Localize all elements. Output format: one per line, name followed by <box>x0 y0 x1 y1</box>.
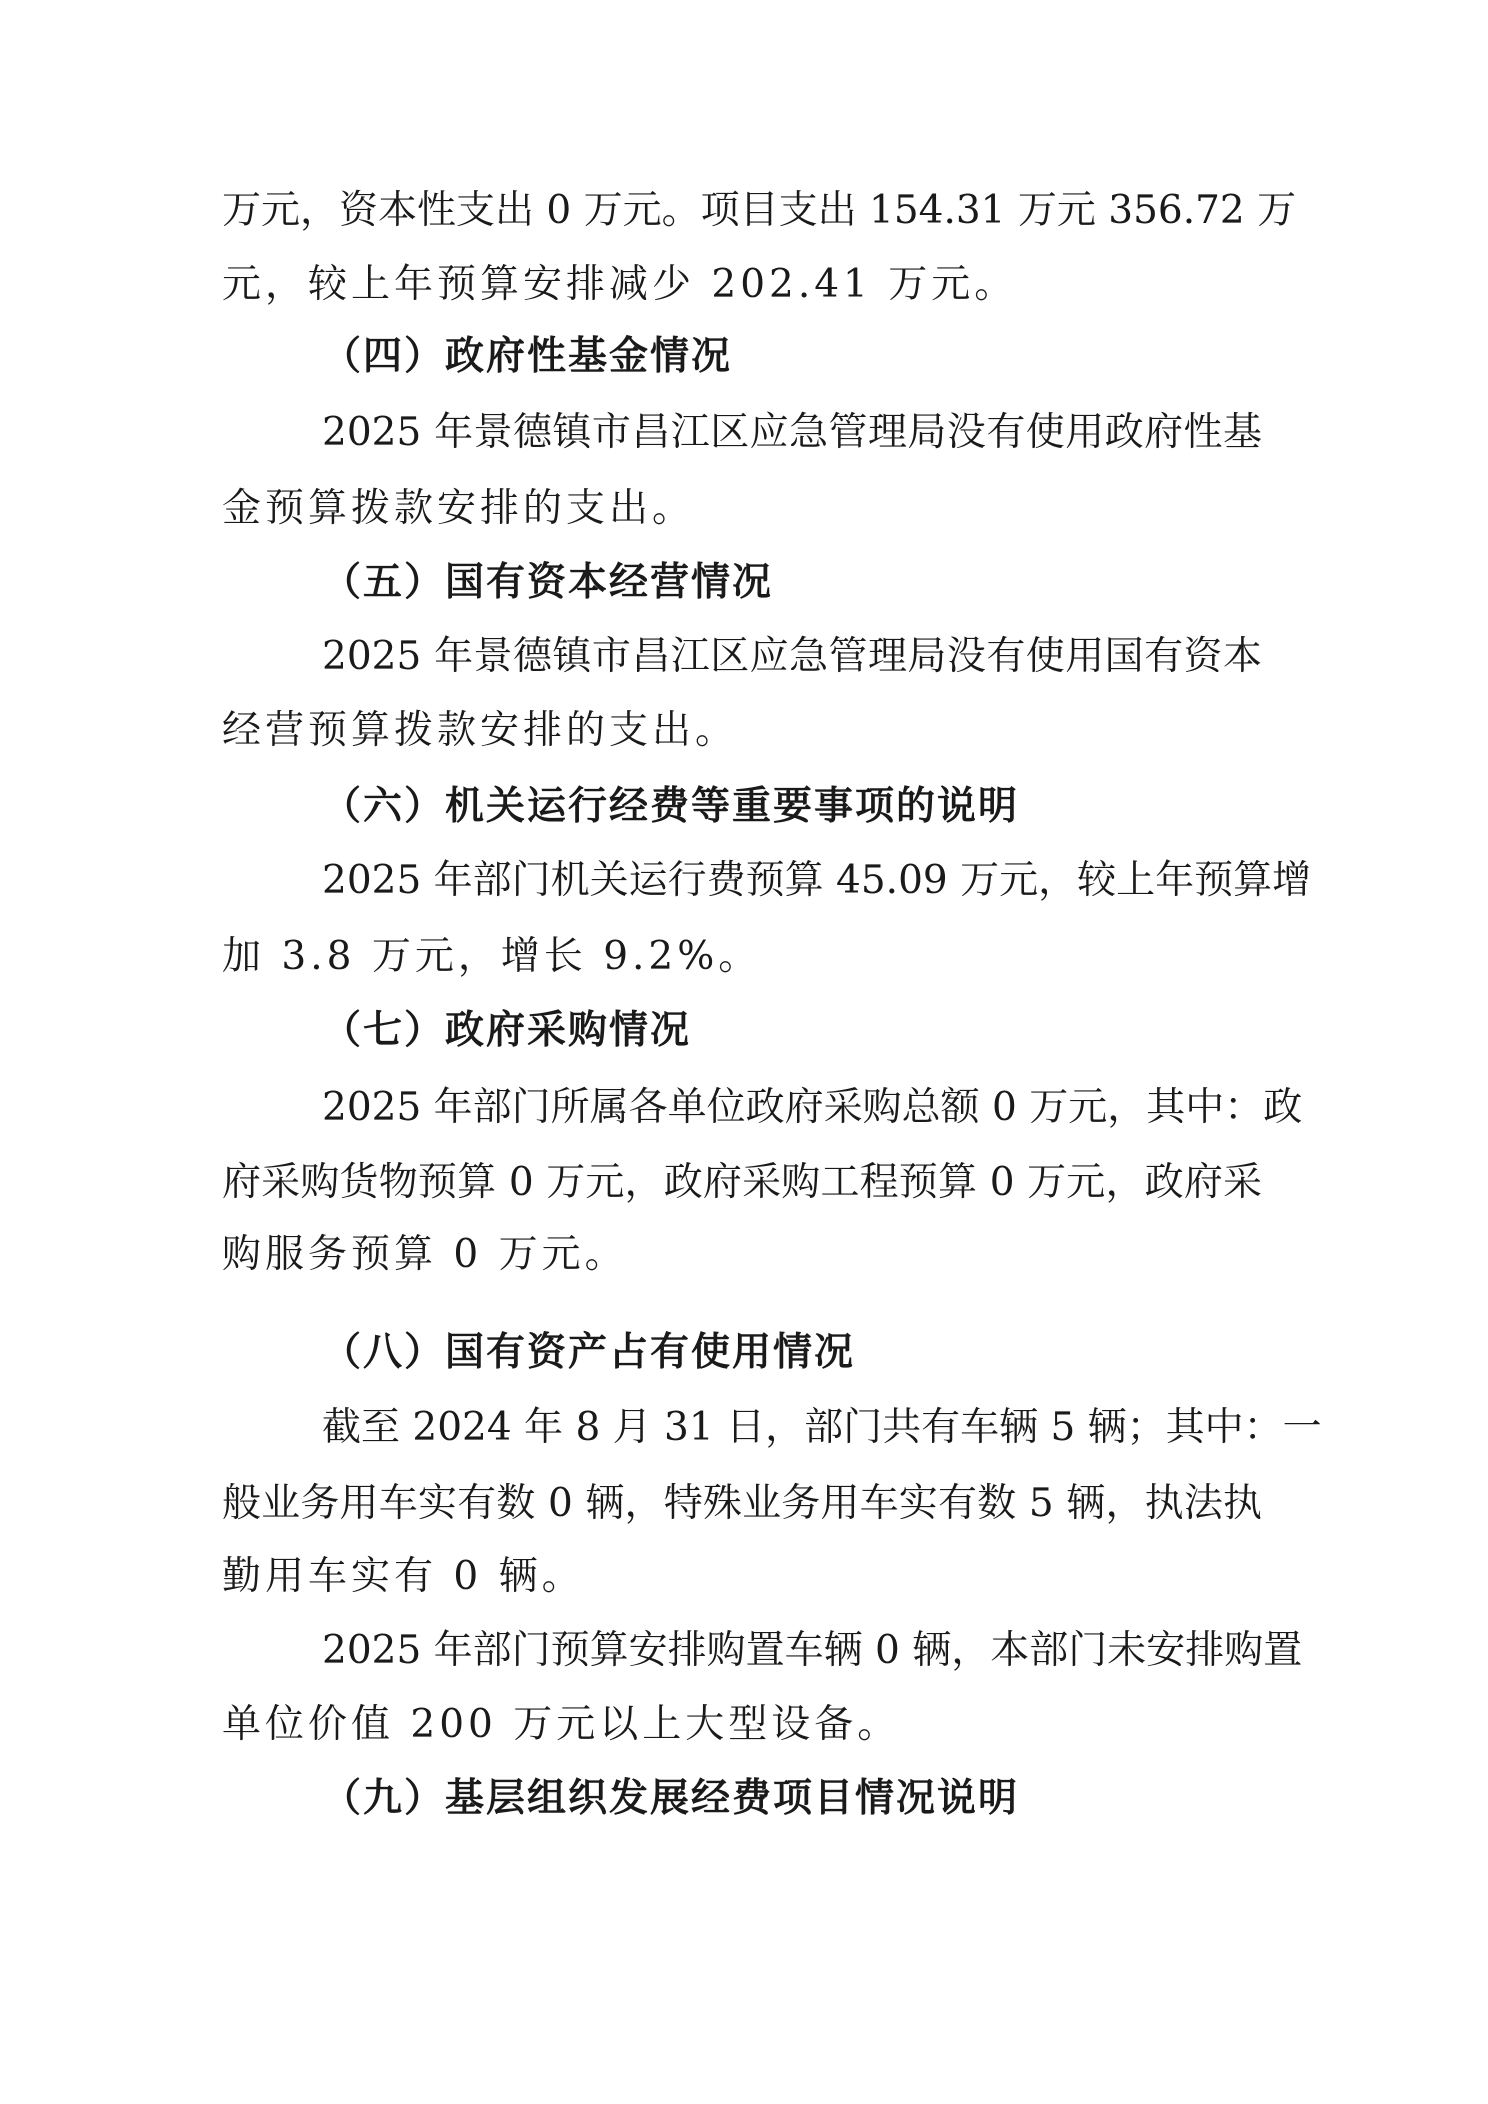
section-heading-9: （九）基层组织发展经费项目情况说明 <box>322 1771 1362 1827</box>
paragraph-line: 2025 年部门所属各单位政府采购总额 0 万元，其中：政 <box>322 1080 1262 1136</box>
paragraph-line: 万元，资本性支出 0 万元。项目支出 154.31 万元 356.72 万 <box>222 183 1262 239</box>
paragraph-line: 般业务用车实有数 0 辆，特殊业务用车实有数 5 辆，执法执 <box>222 1476 1262 1532</box>
paragraph-line: 购服务预算 0 万元。 <box>222 1227 1262 1283</box>
paragraph-line: 2025 年景德镇市昌江区应急管理局没有使用政府性基 <box>322 405 1262 461</box>
paragraph-line: 金预算拨款安排的支出。 <box>222 481 1262 537</box>
section-heading-6: （六）机关运行经费等重要事项的说明 <box>322 779 1362 835</box>
paragraph-line: 元，较上年预算安排减少 202.41 万元。 <box>222 257 1262 313</box>
paragraph-line: 经营预算拨款安排的支出。 <box>222 703 1262 759</box>
section-heading-4: （四）政府性基金情况 <box>322 329 1362 385</box>
section-heading-7: （七）政府采购情况 <box>322 1003 1362 1059</box>
section-heading-5: （五）国有资本经营情况 <box>322 555 1362 611</box>
paragraph-line: 截至 2024 年 8 月 31 日，部门共有车辆 5 辆；其中：一 <box>322 1400 1262 1456</box>
paragraph-line: 2025 年部门预算安排购置车辆 0 辆，本部门未安排购置 <box>322 1623 1262 1679</box>
document-page: 万元，资本性支出 0 万元。项目支出 154.31 万元 356.72 万 元，… <box>0 0 1488 2104</box>
paragraph-line: 勤用车实有 0 辆。 <box>222 1549 1262 1605</box>
paragraph-line: 单位价值 200 万元以上大型设备。 <box>222 1697 1262 1753</box>
paragraph-line: 2025 年部门机关运行费预算 45.09 万元，较上年预算增 <box>322 853 1262 909</box>
paragraph-line: 加 3.8 万元，增长 9.2%。 <box>222 929 1262 985</box>
paragraph-line: 2025 年景德镇市昌江区应急管理局没有使用国有资本 <box>322 629 1262 685</box>
section-heading-8: （八）国有资产占有使用情况 <box>322 1325 1362 1381</box>
paragraph-line: 府采购货物预算 0 万元，政府采购工程预算 0 万元，政府采 <box>222 1155 1262 1211</box>
